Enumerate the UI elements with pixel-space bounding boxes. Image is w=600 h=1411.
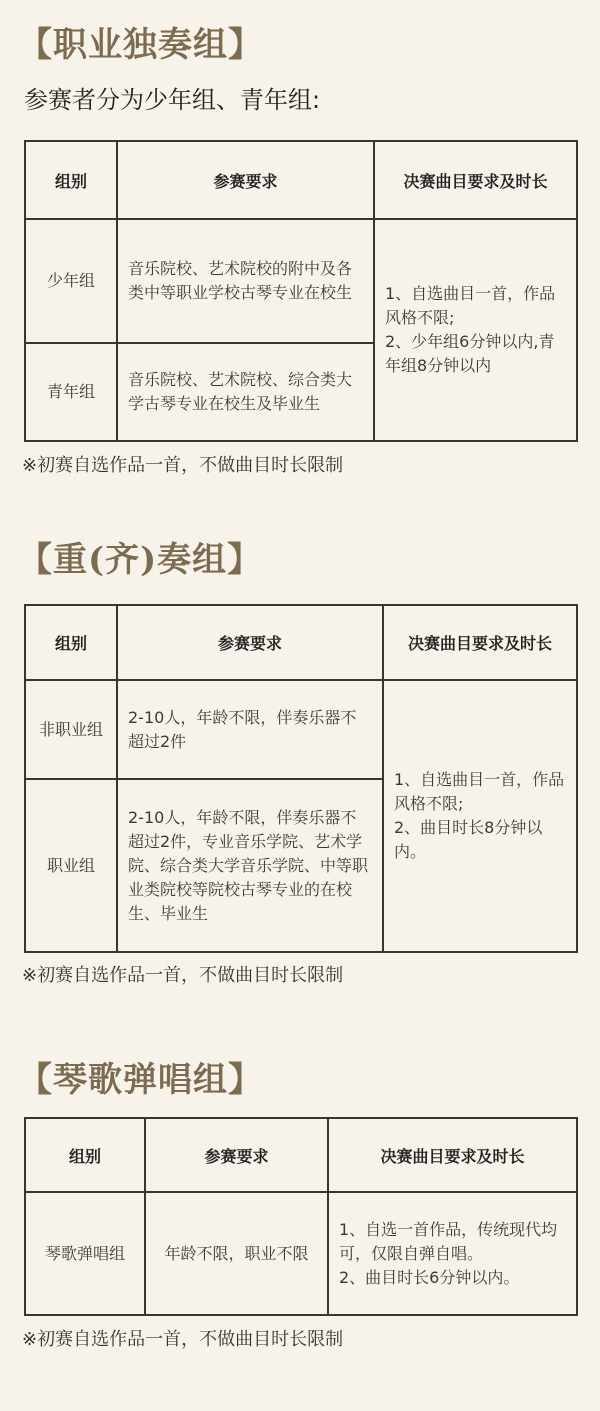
cell-group: 非职业组 bbox=[25, 680, 117, 779]
header-final: 决赛曲目要求及时长 bbox=[383, 605, 577, 680]
cell-group: 职业组 bbox=[25, 779, 117, 952]
table-row: 非职业组 2-10人，年龄不限，伴奏乐器不超过2件 1、自选曲目一首，作品风格不… bbox=[25, 680, 577, 779]
section-subtitle-solo: 参赛者分为少年组、青年组: bbox=[24, 84, 320, 116]
note-song: ※初赛自选作品一首，不做曲目时长限制 bbox=[22, 1327, 343, 1353]
final-line: 2、曲目时长8分钟以内。 bbox=[394, 816, 566, 864]
cell-requirement: 2-10人，年龄不限，伴奏乐器不超过2件，专业音乐学院、艺术学院、综合类大学音乐… bbox=[117, 779, 383, 952]
header-requirement: 参赛要求 bbox=[117, 605, 383, 680]
table-solo: 组别 参赛要求 决赛曲目要求及时长 少年组 音乐院校、艺术院校的附中及各类中等职… bbox=[24, 140, 578, 442]
table-song: 组别 参赛要求 决赛曲目要求及时长 琴歌弹唱组 年龄不限，职业不限 1、自选一首… bbox=[24, 1117, 578, 1316]
table-row: 少年组 音乐院校、艺术院校的附中及各类中等职业学校古琴专业在校生 1、自选曲目一… bbox=[25, 219, 577, 343]
header-group: 组别 bbox=[25, 605, 117, 680]
cell-requirement: 音乐院校、艺术院校、综合类大学古琴专业在校生及毕业生 bbox=[117, 343, 374, 441]
cell-final-requirement: 1、自选曲目一首，作品风格不限; 2、曲目时长8分钟以内。 bbox=[383, 680, 577, 952]
note-ensemble: ※初赛自选作品一首，不做曲目时长限制 bbox=[22, 963, 343, 989]
cell-group: 少年组 bbox=[25, 219, 117, 343]
table-header-row: 组别 参赛要求 决赛曲目要求及时长 bbox=[25, 1118, 577, 1192]
note-solo: ※初赛自选作品一首，不做曲目时长限制 bbox=[22, 453, 343, 479]
header-final: 决赛曲目要求及时长 bbox=[374, 141, 577, 219]
cell-requirement: 2-10人，年龄不限，伴奏乐器不超过2件 bbox=[117, 680, 383, 779]
header-requirement: 参赛要求 bbox=[117, 141, 374, 219]
final-line: 1、自选曲目一首，作品风格不限; bbox=[394, 768, 566, 816]
section-title-solo: 【职业独奏组】 bbox=[18, 25, 263, 65]
table-header-row: 组别 参赛要求 决赛曲目要求及时长 bbox=[25, 141, 577, 219]
table-header-row: 组别 参赛要求 决赛曲目要求及时长 bbox=[25, 605, 577, 680]
section-title-song: 【琴歌弹唱组】 bbox=[18, 1060, 263, 1100]
table-row: 琴歌弹唱组 年龄不限，职业不限 1、自选一首作品，传统现代均可，仅限自弹自唱。 … bbox=[25, 1192, 577, 1315]
section-title-ensemble: 【重(齐)奏组】 bbox=[18, 540, 262, 580]
cell-group: 琴歌弹唱组 bbox=[25, 1192, 145, 1315]
final-line: 2、少年组6分钟以内,青年组8分钟以内 bbox=[385, 330, 566, 378]
table-ensemble: 组别 参赛要求 决赛曲目要求及时长 非职业组 2-10人，年龄不限，伴奏乐器不超… bbox=[24, 604, 578, 953]
final-line: 1、自选一首作品，传统现代均可，仅限自弹自唱。 bbox=[339, 1218, 566, 1266]
cell-final-requirement: 1、自选一首作品，传统现代均可，仅限自弹自唱。 2、曲目时长6分钟以内。 bbox=[328, 1192, 577, 1315]
header-final: 决赛曲目要求及时长 bbox=[328, 1118, 577, 1192]
final-line: 1、自选曲目一首，作品风格不限; bbox=[385, 282, 566, 330]
final-line: 2、曲目时长6分钟以内。 bbox=[339, 1266, 566, 1290]
header-requirement: 参赛要求 bbox=[145, 1118, 328, 1192]
cell-final-requirement: 1、自选曲目一首，作品风格不限; 2、少年组6分钟以内,青年组8分钟以内 bbox=[374, 219, 577, 441]
header-group: 组别 bbox=[25, 1118, 145, 1192]
cell-requirement: 年龄不限，职业不限 bbox=[145, 1192, 328, 1315]
cell-group: 青年组 bbox=[25, 343, 117, 441]
header-group: 组别 bbox=[25, 141, 117, 219]
cell-requirement: 音乐院校、艺术院校的附中及各类中等职业学校古琴专业在校生 bbox=[117, 219, 374, 343]
